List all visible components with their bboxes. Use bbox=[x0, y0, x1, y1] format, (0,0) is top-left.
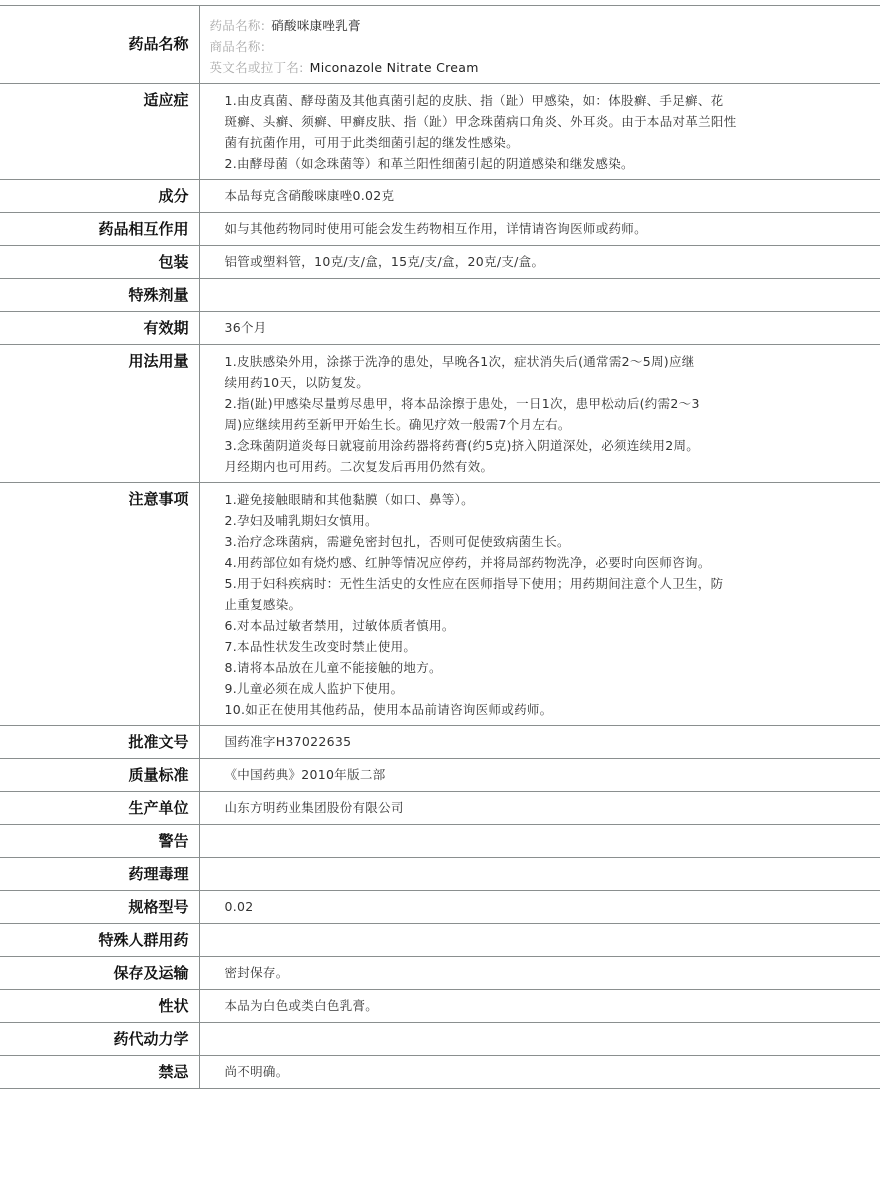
row-manufacturer: 生产单位 山东方明药业集团股份有限公司 bbox=[0, 792, 880, 825]
dosage-line: 2.指(趾)甲感染尽量剪尽患甲，将本品涂擦于患处，一日1次，患甲松动后(约需2～… bbox=[225, 393, 785, 414]
precautions-line: 10.如正在使用其他药品，使用本品前请咨询医师或药师。 bbox=[225, 699, 785, 720]
value-manufacturer: 山东方明药业集团股份有限公司 bbox=[199, 792, 880, 825]
row-warning: 警告 bbox=[0, 825, 880, 858]
precautions-line: 3.治疗念珠菌病，需避免密封包扎，否则可促使致病菌生长。 bbox=[225, 531, 785, 552]
precautions-line: 5.用于妇科疾病时：无性生活史的女性应在医师指导下使用；用药期间注意个人卫生，防 bbox=[225, 573, 785, 594]
row-interactions: 药品相互作用 如与其他药物同时使用可能会发生药物相互作用，详情请咨询医师或药师。 bbox=[0, 213, 880, 246]
trade-name-key: 商品名称: bbox=[210, 39, 266, 54]
value-packaging: 铝管或塑料管，10克/支/盒，15克/支/盒，20克/支/盒。 bbox=[199, 246, 880, 279]
label-pharmacology-toxicology: 药理毒理 bbox=[0, 858, 199, 891]
generic-name-key: 药品名称: bbox=[210, 18, 266, 33]
value-pharmacokinetics bbox=[199, 1023, 880, 1056]
value-precautions: 1.避免接触眼睛和其他黏膜（如口、鼻等）。 2.孕妇及哺乳期妇女慎用。 3.治疗… bbox=[199, 483, 880, 726]
label-approval-number: 批准文号 bbox=[0, 726, 199, 759]
english-name-key: 英文名或拉丁名: bbox=[210, 60, 304, 75]
precautions-line: 1.避免接触眼睛和其他黏膜（如口、鼻等）。 bbox=[225, 489, 785, 510]
value-special-dosage bbox=[199, 279, 880, 312]
label-special-dosage: 特殊剂量 bbox=[0, 279, 199, 312]
label-specification: 规格型号 bbox=[0, 891, 199, 924]
dosage-line: 周)应继续用药至新甲开始生长。确见疗效一般需7个月左右。 bbox=[225, 414, 785, 435]
label-interactions: 药品相互作用 bbox=[0, 213, 199, 246]
indications-line: 1.由皮真菌、酵母菌及其他真菌引起的皮肤、指（趾）甲感染，如：体股癣、手足癣、花 bbox=[225, 90, 785, 111]
row-approval-number: 批准文号 国药准字H37022635 bbox=[0, 726, 880, 759]
row-special-dosage: 特殊剂量 bbox=[0, 279, 880, 312]
label-pharmacokinetics: 药代动力学 bbox=[0, 1023, 199, 1056]
label-appearance: 性状 bbox=[0, 990, 199, 1023]
label-storage-transport: 保存及运输 bbox=[0, 957, 199, 990]
english-name-value: Miconazole Nitrate Cream bbox=[310, 60, 479, 75]
value-storage-transport: 密封保存。 bbox=[199, 957, 880, 990]
indications-line: 菌有抗菌作用，可用于此类细菌引起的继发性感染。 bbox=[225, 132, 785, 153]
row-specification: 规格型号 0.02 bbox=[0, 891, 880, 924]
row-expiry: 有效期 36个月 bbox=[0, 312, 880, 345]
label-indications: 适应症 bbox=[0, 84, 199, 180]
row-pharmacology-toxicology: 药理毒理 bbox=[0, 858, 880, 891]
row-packaging: 包装 铝管或塑料管，10克/支/盒，15克/支/盒，20克/支/盒。 bbox=[0, 246, 880, 279]
precautions-line: 止重复感染。 bbox=[225, 594, 785, 615]
label-dosage: 用法用量 bbox=[0, 345, 199, 483]
value-approval-number: 国药准字H37022635 bbox=[199, 726, 880, 759]
row-storage-transport: 保存及运输 密封保存。 bbox=[0, 957, 880, 990]
value-appearance: 本品为白色或类白色乳膏。 bbox=[199, 990, 880, 1023]
value-quality-standard: 《中国药典》2010年版二部 bbox=[199, 759, 880, 792]
value-dosage: 1.皮肤感染外用，涂搽于洗净的患处，早晚各1次，症状消失后(通常需2～5周)应继… bbox=[199, 345, 880, 483]
precautions-line: 7.本品性状发生改变时禁止使用。 bbox=[225, 636, 785, 657]
dosage-line: 续用药10天，以防复发。 bbox=[225, 372, 785, 393]
precautions-line: 9.儿童必须在成人监护下使用。 bbox=[225, 678, 785, 699]
row-pharmacokinetics: 药代动力学 bbox=[0, 1023, 880, 1056]
label-warning: 警告 bbox=[0, 825, 199, 858]
row-drug-name: 药品名称 药品名称:硝酸咪康唑乳膏 商品名称: 英文名或拉丁名:Miconazo… bbox=[0, 6, 880, 84]
drug-spec-table: 药品名称 药品名称:硝酸咪康唑乳膏 商品名称: 英文名或拉丁名:Miconazo… bbox=[0, 5, 880, 1089]
value-indications: 1.由皮真菌、酵母菌及其他真菌引起的皮肤、指（趾）甲感染，如：体股癣、手足癣、花… bbox=[199, 84, 880, 180]
indications-line: 斑癣、头癣、须癣、甲癣皮肤、指（趾）甲念珠菌病口角炎、外耳炎。由于本品对革兰阳性 bbox=[225, 111, 785, 132]
value-interactions: 如与其他药物同时使用可能会发生药物相互作用，详情请咨询医师或药师。 bbox=[199, 213, 880, 246]
dosage-line: 3.念珠菌阴道炎每日就寝前用涂药器将药膏(约5克)挤入阴道深处，必须连续用2周。 bbox=[225, 435, 785, 456]
row-appearance: 性状 本品为白色或类白色乳膏。 bbox=[0, 990, 880, 1023]
trade-name-line: 商品名称: bbox=[210, 36, 871, 57]
value-warning bbox=[199, 825, 880, 858]
label-special-populations: 特殊人群用药 bbox=[0, 924, 199, 957]
precautions-line: 4.用药部位如有烧灼感、红肿等情况应停药，并将局部药物洗净，必要时向医师咨询。 bbox=[225, 552, 785, 573]
value-specification: 0.02 bbox=[199, 891, 880, 924]
precautions-line: 8.请将本品放在儿童不能接触的地方。 bbox=[225, 657, 785, 678]
label-drug-name: 药品名称 bbox=[0, 6, 199, 84]
label-precautions: 注意事项 bbox=[0, 483, 199, 726]
label-manufacturer: 生产单位 bbox=[0, 792, 199, 825]
row-indications: 适应症 1.由皮真菌、酵母菌及其他真菌引起的皮肤、指（趾）甲感染，如：体股癣、手… bbox=[0, 84, 880, 180]
row-contraindications: 禁忌 尚不明确。 bbox=[0, 1056, 880, 1089]
generic-name-line: 药品名称:硝酸咪康唑乳膏 bbox=[210, 15, 871, 36]
row-precautions: 注意事项 1.避免接触眼睛和其他黏膜（如口、鼻等）。 2.孕妇及哺乳期妇女慎用。… bbox=[0, 483, 880, 726]
value-contraindications: 尚不明确。 bbox=[199, 1056, 880, 1089]
label-packaging: 包装 bbox=[0, 246, 199, 279]
row-ingredients: 成分 本品每克含硝酸咪康唑0.02克 bbox=[0, 180, 880, 213]
generic-name-value: 硝酸咪康唑乳膏 bbox=[271, 18, 361, 33]
value-pharmacology-toxicology bbox=[199, 858, 880, 891]
label-expiry: 有效期 bbox=[0, 312, 199, 345]
dosage-line: 月经期内也可用药。二次复发后再用仍然有效。 bbox=[225, 456, 785, 477]
label-ingredients: 成分 bbox=[0, 180, 199, 213]
indications-line: 2.由酵母菌（如念珠菌等）和革兰阳性细菌引起的阴道感染和继发感染。 bbox=[225, 153, 785, 174]
precautions-line: 6.对本品过敏者禁用，过敏体质者慎用。 bbox=[225, 615, 785, 636]
label-contraindications: 禁忌 bbox=[0, 1056, 199, 1089]
value-special-populations bbox=[199, 924, 880, 957]
value-ingredients: 本品每克含硝酸咪康唑0.02克 bbox=[199, 180, 880, 213]
row-quality-standard: 质量标准 《中国药典》2010年版二部 bbox=[0, 759, 880, 792]
dosage-line: 1.皮肤感染外用，涂搽于洗净的患处，早晚各1次，症状消失后(通常需2～5周)应继 bbox=[225, 351, 785, 372]
english-name-line: 英文名或拉丁名:Miconazole Nitrate Cream bbox=[210, 57, 871, 78]
row-dosage: 用法用量 1.皮肤感染外用，涂搽于洗净的患处，早晚各1次，症状消失后(通常需2～… bbox=[0, 345, 880, 483]
row-special-populations: 特殊人群用药 bbox=[0, 924, 880, 957]
value-drug-name: 药品名称:硝酸咪康唑乳膏 商品名称: 英文名或拉丁名:Miconazole Ni… bbox=[199, 6, 880, 84]
label-quality-standard: 质量标准 bbox=[0, 759, 199, 792]
value-expiry: 36个月 bbox=[199, 312, 880, 345]
precautions-line: 2.孕妇及哺乳期妇女慎用。 bbox=[225, 510, 785, 531]
